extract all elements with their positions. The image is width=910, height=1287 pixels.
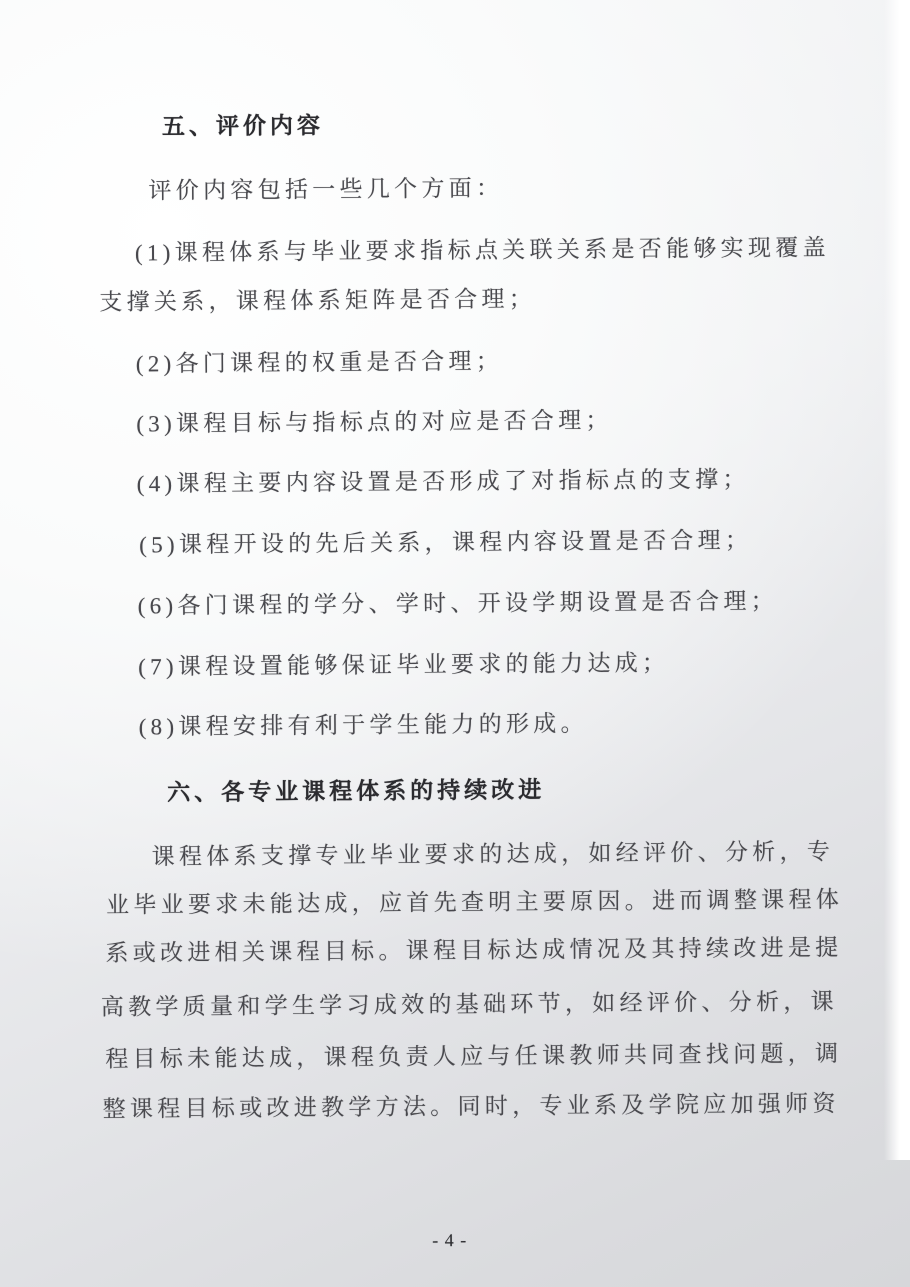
list-item-2: (2)各门课程的权重是否合理； xyxy=(136,347,504,380)
list-item-1-line-2: 支撑关系，课程体系矩阵是否合理； xyxy=(99,284,536,317)
paragraph-line-3: 系或改进相关课程目标。课程目标达成情况及其持续改进是提 xyxy=(105,933,842,969)
list-item-5: (5)课程开设的先后关系，课程内容设置是否合理； xyxy=(139,526,752,561)
list-item-4: (4)课程主要内容设置是否形成了对指标点的支撑； xyxy=(137,465,750,500)
list-item-8: (8)课程安排有利于学生能力的形成。 xyxy=(139,709,588,743)
section-5-heading: 五、评价内容 xyxy=(162,111,324,142)
paragraph-line-1: 课程体系支撑专业毕业要求的达成，如经评价、分析，专 xyxy=(152,837,835,872)
paragraph-line-5: 程目标未能达成，课程负责人应与任课教师共同查找问题，调 xyxy=(105,1039,842,1075)
list-item-1-line-1: (1)课程体系与毕业要求指标点关联关系是否能够实现覆盖 xyxy=(135,233,830,268)
section-6-heading: 六、各专业课程体系的持续改进 xyxy=(167,775,545,808)
list-item-6: (6)各门课程的学分、学时、开设学期设置是否合理； xyxy=(138,586,779,621)
page-number: - 4 - xyxy=(5,1227,895,1255)
page-content: 五、评价内容 评价内容包括一些几个方面： (1)课程体系与毕业要求指标点关联关系… xyxy=(0,0,910,1287)
section-5-intro: 评价内容包括一些几个方面： xyxy=(148,174,503,207)
scanned-document-page: 五、评价内容 评价内容包括一些几个方面： (1)课程体系与毕业要求指标点关联关系… xyxy=(0,0,910,1287)
list-item-7: (7)课程设置能够保证毕业要求的能力达成； xyxy=(138,648,669,682)
list-item-3: (3)课程目标与指标点的对应是否合理； xyxy=(136,406,613,440)
paragraph-line-4: 高教学质量和学生学习成效的基础环节，如经评价、分析，课 xyxy=(101,987,838,1023)
paragraph-line-2: 业毕业要求未能达成，应首先查明主要原因。进而调整课程体 xyxy=(106,885,843,921)
paragraph-line-6: 整课程目标或改进教学方法。同时，专业系及学院应加强师资 xyxy=(103,1089,840,1125)
